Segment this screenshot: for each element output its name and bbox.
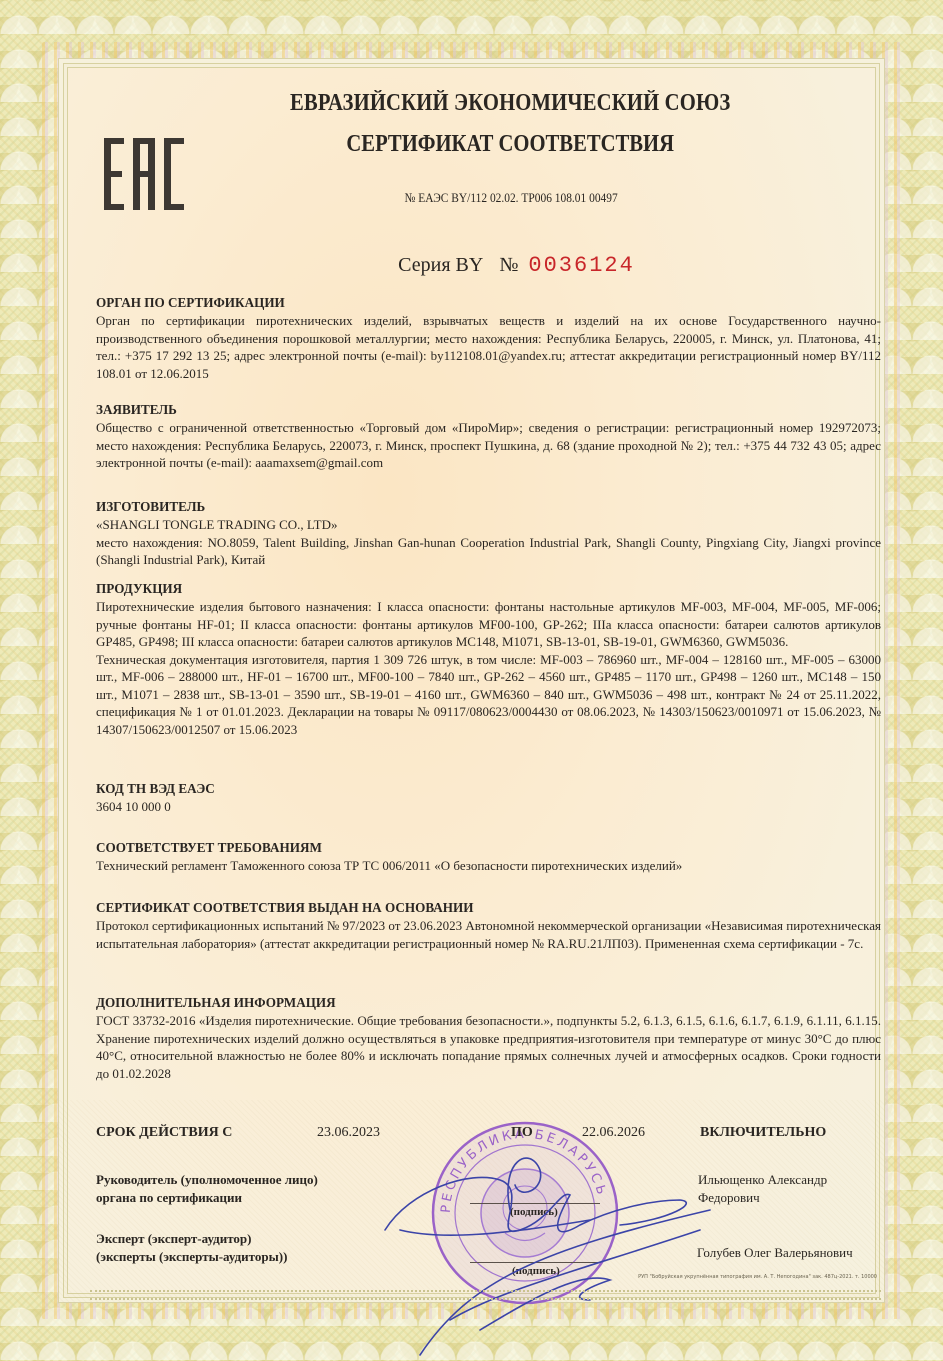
bottom-rule xyxy=(90,1290,881,1300)
section-heading: ДОПОЛНИТЕЛЬНАЯ ИНФОРМАЦИЯ xyxy=(96,995,834,1012)
validity-from-date: 23.06.2023 xyxy=(317,1125,380,1141)
section-heading: ПРОДУКЦИЯ xyxy=(96,581,834,598)
section-additional-info: ДОПОЛНИТЕЛЬНАЯ ИНФОРМАЦИЯ ГОСТ 33732-201… xyxy=(96,995,881,1082)
section-text: «SHANGLI TONGLE TRADING CO., LTD» xyxy=(96,516,881,534)
head-label-line2: органа по сертификации xyxy=(96,1190,242,1206)
certificate-title: СЕРТИФИКАТ СООТВЕТСТВИЯ xyxy=(66,131,877,158)
certificate-number: № ЕАЭС BY/112 02.02. ТР006 108.01 00497 xyxy=(57,190,887,206)
series-line: Серия BY№0036124 xyxy=(0,253,943,278)
section-text: Общество с ограниченной ответственностью… xyxy=(96,419,881,472)
number-sign: № xyxy=(499,254,518,276)
section-text: Пиротехнические изделия бытового назначе… xyxy=(96,598,881,651)
head-label-line1: Руководитель (уполномоченное лицо) xyxy=(96,1172,318,1188)
section-text: ГОСТ 33732-2016 «Изделия пиротехнические… xyxy=(96,1012,881,1082)
series-number: 0036124 xyxy=(528,253,634,278)
section-text: 3604 10 000 0 xyxy=(96,798,881,816)
section-text-documentation: Техническая документация изготовителя, п… xyxy=(96,651,881,739)
validity-from-label: СРОК ДЕЙСТВИЯ С xyxy=(96,1125,232,1141)
section-heading: ОРГАН ПО СЕРТИФИКАЦИИ xyxy=(96,295,834,312)
expert-label-line1: Эксперт (эксперт-аудитор) xyxy=(96,1231,252,1247)
section-products: ПРОДУКЦИЯ Пиротехнические изделия бытово… xyxy=(96,581,881,738)
section-heading: ИЗГОТОВИТЕЛЬ xyxy=(96,499,834,516)
printer-imprint: РУП "Бобруйская укрупнённая типография и… xyxy=(638,1274,877,1280)
section-hs-code: КОД ТН ВЭД ЕАЭС 3604 10 000 0 xyxy=(96,781,881,816)
section-manufacturer: ИЗГОТОВИТЕЛЬ «SHANGLI TONGLE TRADING CO.… xyxy=(96,499,881,569)
section-text: Технический регламент Таможенного союза … xyxy=(96,857,881,875)
section-heading: СЕРТИФИКАТ СООТВЕТСТВИЯ ВЫДАН НА ОСНОВАН… xyxy=(96,900,834,917)
section-requirements: СООТВЕТСТВУЕТ ТРЕБОВАНИЯМ Технический ре… xyxy=(96,840,881,875)
section-text: Протокол сертификационных испытаний № 97… xyxy=(96,917,881,952)
section-basis: СЕРТИФИКАТ СООТВЕТСТВИЯ ВЫДАН НА ОСНОВАН… xyxy=(96,900,881,952)
section-heading: СООТВЕТСТВУЕТ ТРЕБОВАНИЯМ xyxy=(96,840,834,857)
section-text: Орган по сертификации пиротехнических из… xyxy=(96,312,881,382)
section-certification-body: ОРГАН ПО СЕРТИФИКАЦИИ Орган по сертифика… xyxy=(96,295,881,382)
section-heading: КОД ТН ВЭД ЕАЭС xyxy=(96,781,834,798)
expert-label-line2: (эксперты (эксперты-аудиторы)) xyxy=(96,1249,287,1265)
section-text-address: место нахождения: NO.8059, Talent Buildi… xyxy=(96,534,881,569)
union-title: ЕВРАЗИЙСКИЙ ЭКОНОМИЧЕСКИЙ СОЮЗ xyxy=(66,90,877,117)
series-label: Серия BY xyxy=(398,254,483,276)
section-applicant: ЗАЯВИТЕЛЬ Общество с ограниченной ответс… xyxy=(96,402,881,472)
section-heading: ЗАЯВИТЕЛЬ xyxy=(96,402,834,419)
handwritten-signature-icon xyxy=(380,1130,730,1360)
